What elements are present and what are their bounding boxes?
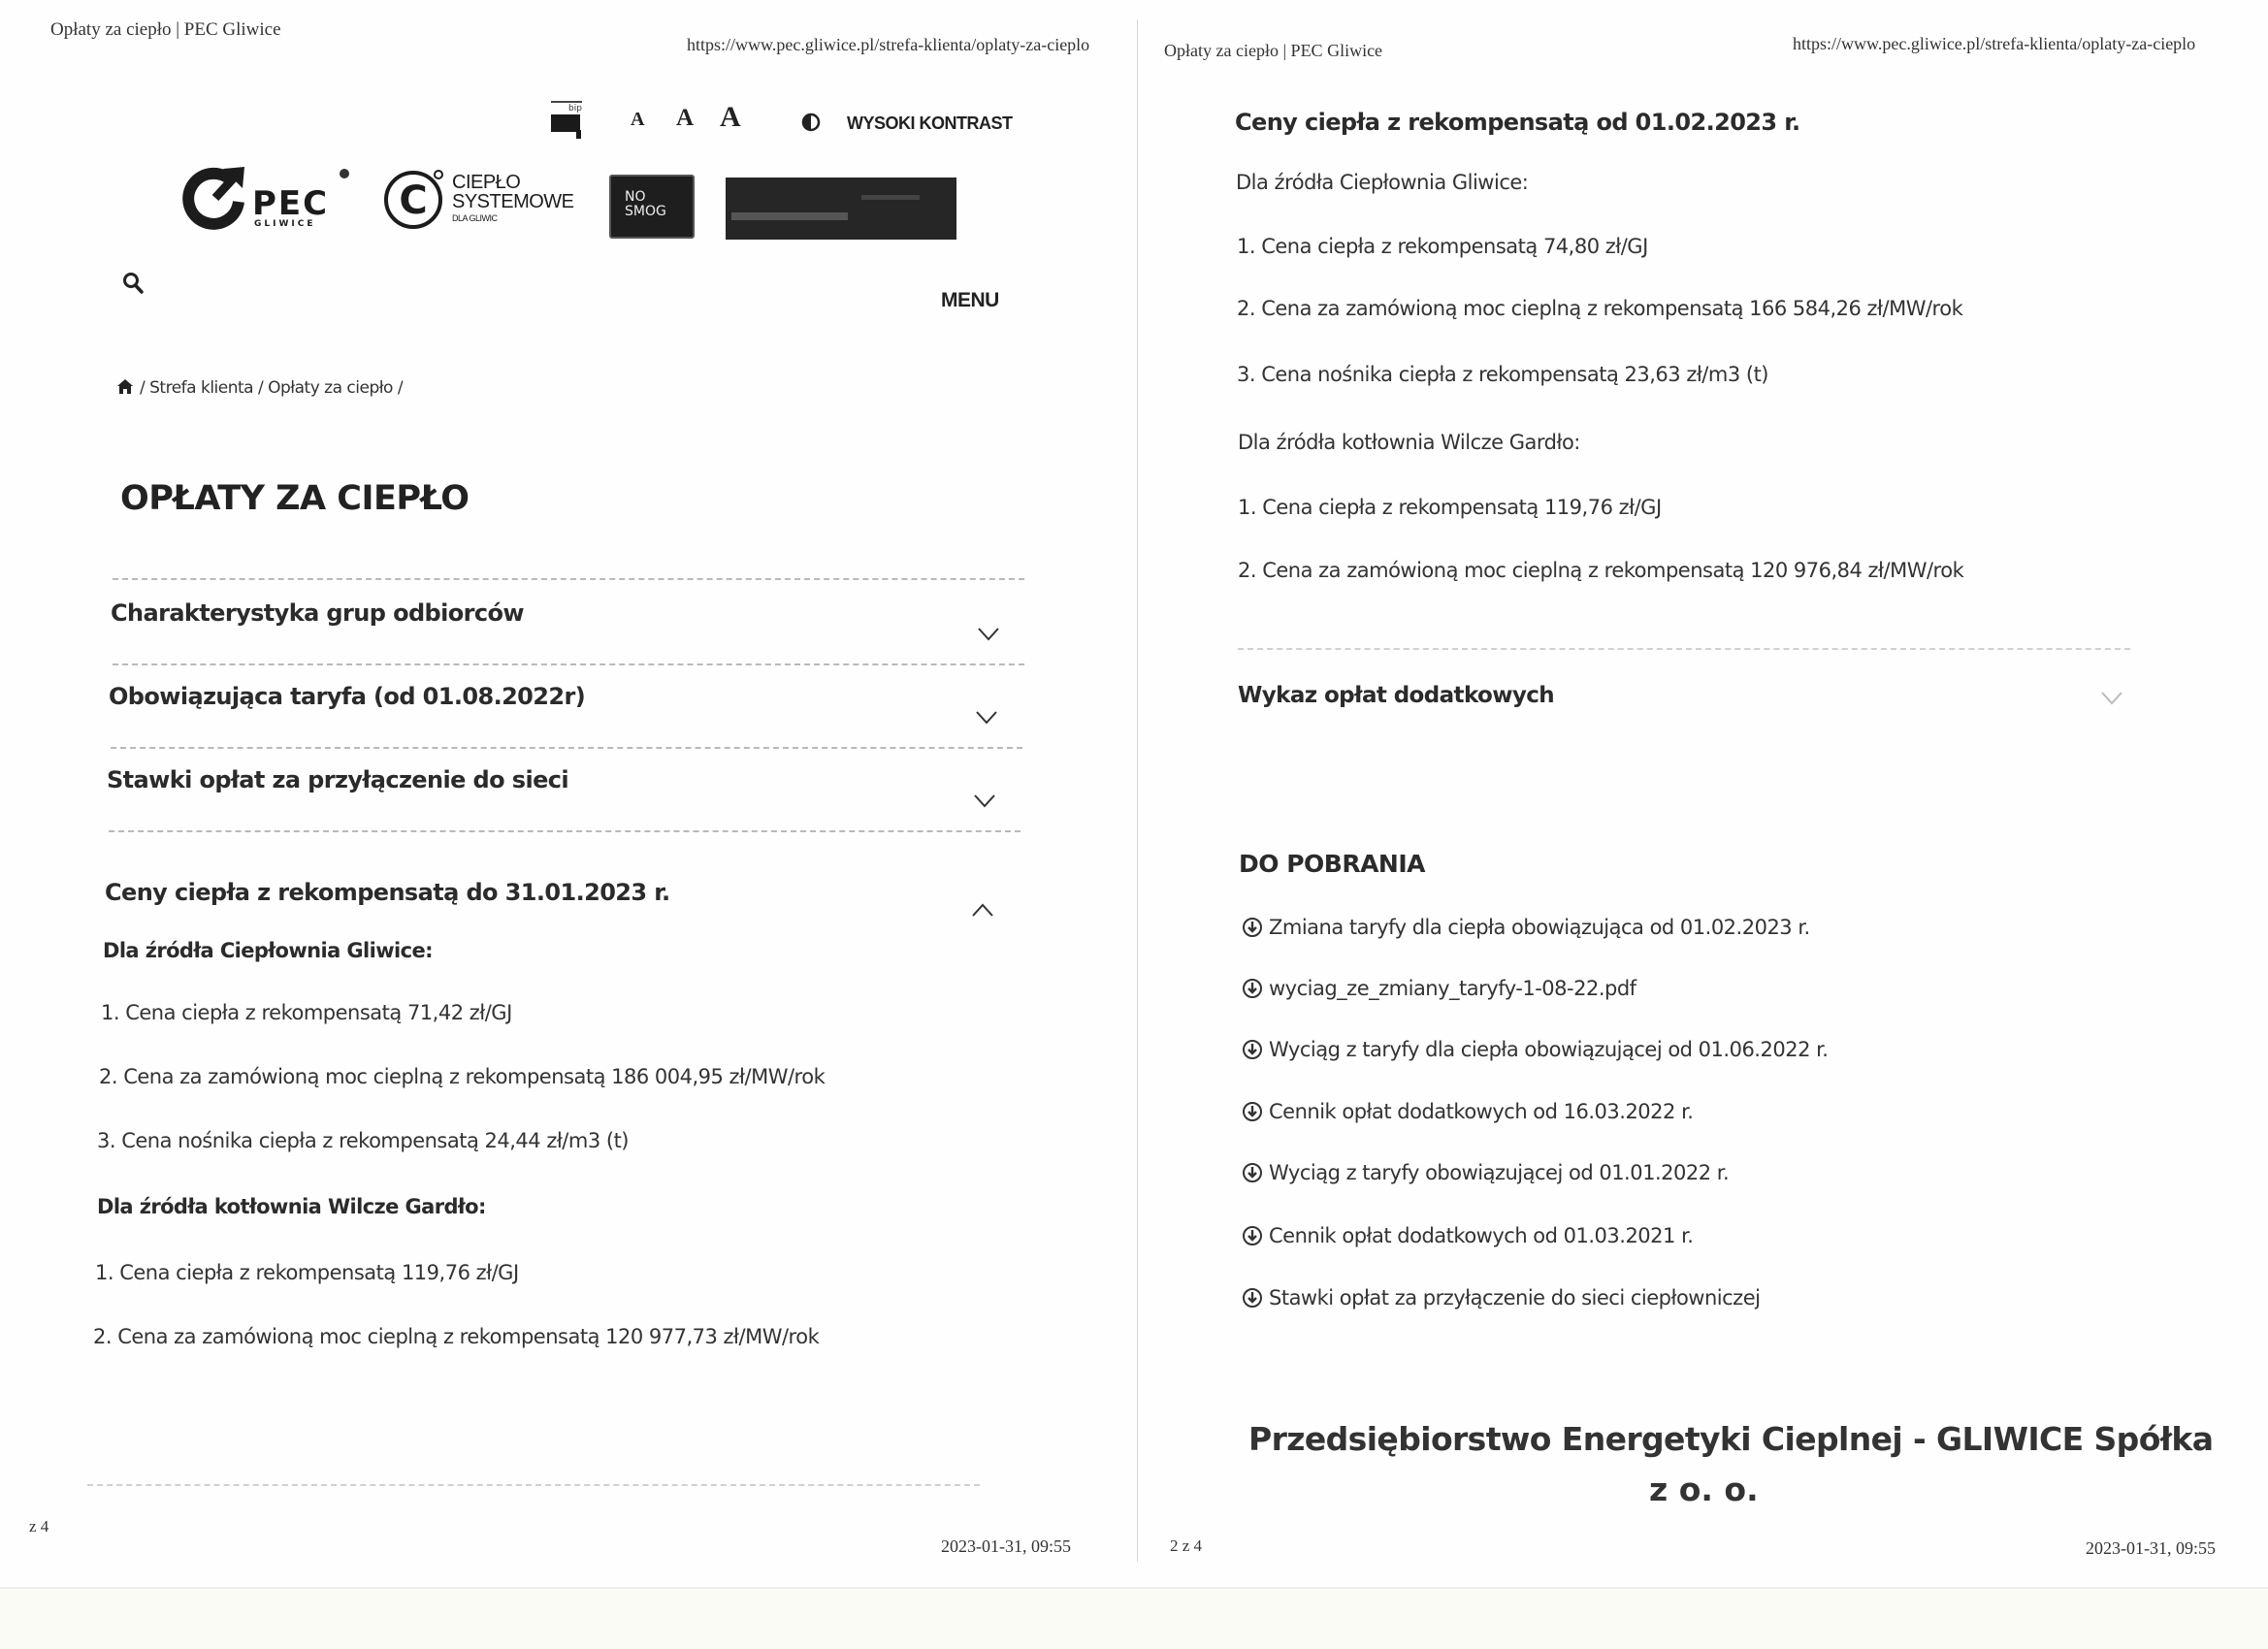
accordion-title[interactable]: Wykaz opłat dodatkowych xyxy=(1238,683,1554,708)
download-icon xyxy=(1242,1101,1263,1122)
divider xyxy=(113,663,1024,665)
accordion-title[interactable]: Ceny ciepła z rekompensatą do 31.01.2023… xyxy=(105,879,670,906)
menu-button[interactable]: MENU xyxy=(941,289,999,312)
breadcrumb-strefa-klienta[interactable]: / Strefa klienta xyxy=(140,378,253,398)
accordion-title[interactable]: Obowiązująca taryfa (od 01.08.2022r) xyxy=(109,683,585,710)
font-size-large-button[interactable]: A xyxy=(720,101,741,134)
chevron-up-icon[interactable] xyxy=(970,898,995,923)
download-link[interactable]: Zmiana taryfy dla ciepła obowiązująca od… xyxy=(1242,916,1810,939)
price-line: 1. Cena ciepła z rekompensatą 119,76 zł/… xyxy=(1238,496,1662,519)
price-line: 2. Cena za zamówioną moc cieplną z rekom… xyxy=(93,1325,819,1348)
download-icon xyxy=(1242,1225,1263,1246)
price-line: 1. Cena ciepła z rekompensatą 71,42 zł/G… xyxy=(101,1001,512,1024)
high-contrast-button[interactable]: WYSOKI KONTRAST xyxy=(847,113,1013,134)
nosmog-line2: SMOG xyxy=(625,205,666,219)
pec-logo-text: PEC xyxy=(252,184,329,223)
page-title: OPŁATY ZA CIEPŁO xyxy=(120,479,470,518)
search-icon[interactable] xyxy=(122,272,146,297)
download-icon xyxy=(1242,1039,1263,1060)
cieplo-logo-line3: DLA GLIWIC xyxy=(452,213,498,223)
font-size-small-button[interactable]: A xyxy=(631,109,644,131)
breadcrumb-oplaty[interactable]: / Opłaty za ciepło / xyxy=(258,378,403,398)
pec-gliwice-logo[interactable]: PEC GLIWICE xyxy=(182,163,357,233)
price-line: 3. Cena nośnika ciepła z rekompensatą 23… xyxy=(1237,363,1768,386)
bip-label: bip xyxy=(568,104,582,113)
chevron-down-icon[interactable] xyxy=(976,621,1001,646)
download-link[interactable]: wyciag_ze_zmiany_taryfy-1-08-22.pdf xyxy=(1242,977,1636,1000)
print-header-title: Opłaty za ciepło | PEC Gliwice xyxy=(50,19,281,41)
price-line: 1. Cena ciepła z rekompensatą 74,80 zł/G… xyxy=(1237,235,1648,258)
download-icon xyxy=(1242,978,1263,999)
downloads-heading: DO POBRANIA xyxy=(1239,850,1425,878)
company-legal-form: z o. o. xyxy=(1649,1471,1759,1508)
breadcrumb: / Strefa klienta / Opłaty za ciepło / xyxy=(116,378,403,400)
divider xyxy=(87,1484,980,1486)
font-size-medium-button[interactable]: A xyxy=(676,105,694,132)
nosmog-line1: NO xyxy=(625,190,646,205)
download-link[interactable]: Wyciąg z taryfy obowiązującej od 01.01.2… xyxy=(1242,1161,1729,1184)
divider xyxy=(113,578,1024,580)
chevron-down-icon[interactable] xyxy=(2099,685,2124,710)
source-heading: Dla źródła kotłownia Wilcze Gardło: xyxy=(97,1195,486,1218)
download-label[interactable]: Wyciąg z taryfy dla ciepła obowiązującej… xyxy=(1269,1038,1828,1061)
print-footer-page: z 4 xyxy=(29,1517,49,1536)
download-icon xyxy=(1242,1162,1263,1183)
download-link[interactable]: Wyciąg z taryfy dla ciepła obowiązującej… xyxy=(1242,1038,1828,1061)
download-label[interactable]: wyciag_ze_zmiany_taryfy-1-08-22.pdf xyxy=(1269,977,1636,1000)
download-icon xyxy=(1242,1287,1263,1309)
pec-logo-subtext: GLIWICE xyxy=(254,219,316,229)
chevron-down-icon[interactable] xyxy=(974,704,999,729)
no-smog-logo[interactable]: NO SMOG xyxy=(609,175,695,239)
divider xyxy=(1238,648,2130,650)
price-line: 2. Cena za zamówioną moc cieplną z rekom… xyxy=(1237,297,1962,320)
print-footer-page: 2 z 4 xyxy=(1170,1536,1202,1556)
price-line: 2. Cena za zamówioną moc cieplną z rekom… xyxy=(99,1065,825,1088)
download-link[interactable]: Cennik opłat dodatkowych od 16.03.2022 r… xyxy=(1242,1100,1693,1123)
accordion-title[interactable]: Charakterystyka grup odbiorców xyxy=(111,599,524,627)
cieplo-systemowe-logo[interactable]: C CIEPŁO SYSTEMOWE DLA GLIWIC xyxy=(382,165,586,233)
download-label[interactable]: Cennik opłat dodatkowych od 01.03.2021 r… xyxy=(1269,1224,1693,1247)
cieplo-logo-line1: CIEPŁO xyxy=(452,173,520,192)
divider xyxy=(111,747,1022,749)
eu-funds-logo[interactable] xyxy=(726,178,956,240)
home-icon[interactable] xyxy=(116,378,134,400)
print-footer-datetime: 2023-01-31, 09:55 xyxy=(2086,1538,2216,1559)
company-name: Przedsiębiorstwo Energetyki Cieplnej - G… xyxy=(1248,1420,2213,1458)
source-heading: Dla źródła kotłownia Wilcze Gardło: xyxy=(1238,431,1580,454)
source-heading: Dla źródła Ciepłownia Gliwice: xyxy=(103,939,433,962)
download-label[interactable]: Cennik opłat dodatkowych od 16.03.2022 r… xyxy=(1269,1100,1693,1123)
download-link[interactable]: Cennik opłat dodatkowych od 01.03.2021 r… xyxy=(1242,1224,1693,1247)
print-footer-datetime: 2023-01-31, 09:55 xyxy=(941,1536,1071,1557)
print-header-title: Opłaty za ciepło | PEC Gliwice xyxy=(1164,41,1382,61)
download-label[interactable]: Wyciąg z taryfy obowiązującej od 01.01.2… xyxy=(1269,1161,1729,1184)
section-title: Ceny ciepła z rekompensatą od 01.02.2023… xyxy=(1235,109,1800,136)
bip-icon[interactable]: bip xyxy=(551,101,582,140)
source-heading: Dla źródła Ciepłownia Gliwice: xyxy=(1236,171,1528,194)
download-link[interactable]: Stawki opłat za przyłączenie do sieci ci… xyxy=(1242,1286,1760,1309)
download-label[interactable]: Stawki opłat za przyłączenie do sieci ci… xyxy=(1269,1286,1760,1309)
registered-mark-icon xyxy=(340,169,349,178)
price-line: 1. Cena ciepła z rekompensatą 119,76 zł/… xyxy=(95,1261,519,1284)
download-icon xyxy=(1242,917,1263,938)
cieplo-logo-line2: SYSTEMOWE xyxy=(452,192,574,211)
print-header-url: https://www.pec.gliwice.pl/strefa-klient… xyxy=(1793,34,2195,54)
scanner-bed-edge xyxy=(0,1587,2268,1649)
chevron-down-icon[interactable] xyxy=(972,788,997,813)
accordion-title[interactable]: Stawki opłat za przyłączenie do sieci xyxy=(107,766,568,793)
price-line: 2. Cena za zamówioną moc cieplną z rekom… xyxy=(1238,559,1963,582)
download-label[interactable]: Zmiana taryfy dla ciepła obowiązująca od… xyxy=(1269,916,1810,939)
divider xyxy=(109,830,1021,832)
price-line: 3. Cena nośnika ciepła z rekompensatą 24… xyxy=(97,1129,629,1152)
print-header-url: https://www.pec.gliwice.pl/strefa-klient… xyxy=(687,35,1089,55)
page-divider xyxy=(1137,19,1138,1562)
contrast-icon[interactable] xyxy=(801,113,821,132)
svg-text:C: C xyxy=(399,178,427,223)
